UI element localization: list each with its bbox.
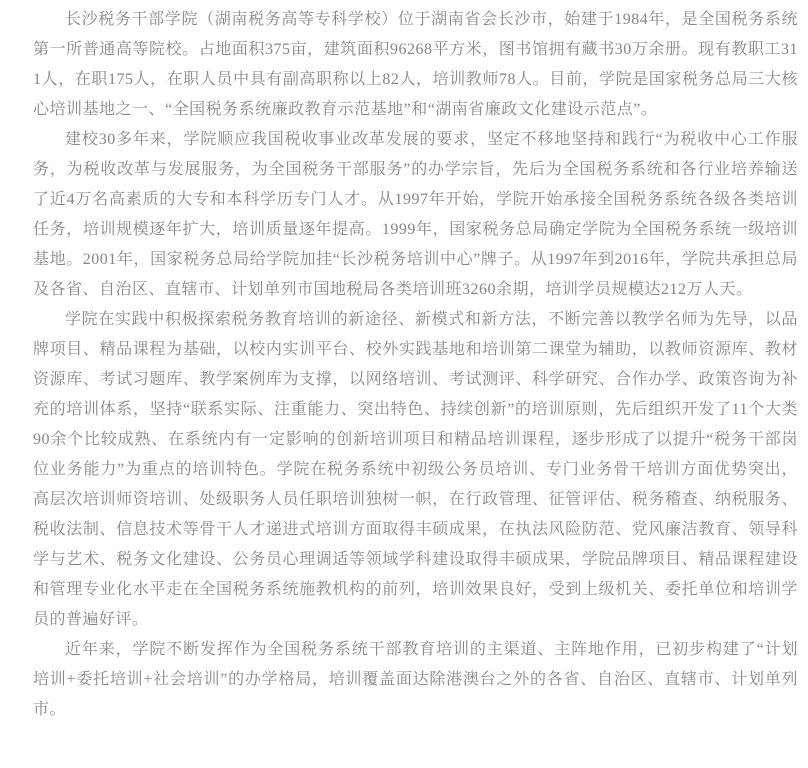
paragraph-overview: 长沙税务干部学院（湖南税务高等专科学校）位于湖南省会长沙市，始建于1984年，是…: [33, 5, 798, 125]
paragraph-history: 建校30多年来，学院顺应我国税收事业改革发展的要求，坚定不移地坚持和践行“为税收…: [33, 125, 798, 305]
paragraph-training-system: 学院在实践中积极探索税务教育培训的新途径、新模式和新方法，不断完善以教学名师为先…: [33, 305, 798, 635]
document-page: 长沙税务干部学院（湖南税务高等专科学校）位于湖南省会长沙市，始建于1984年，是…: [0, 0, 808, 725]
paragraph-recent-years: 近年来，学院不断发挥作为全国税务系统干部教育培训的主渠道、主阵地作用，已初步构建…: [33, 635, 798, 725]
